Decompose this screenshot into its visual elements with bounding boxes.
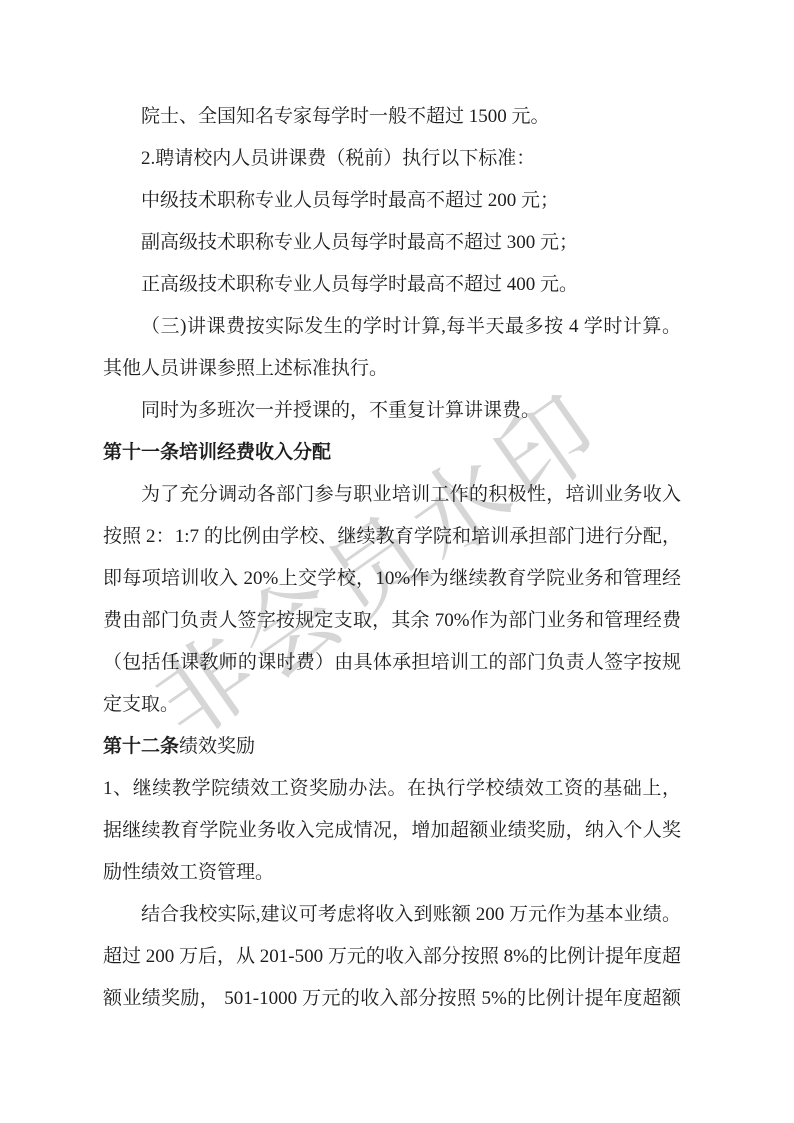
text-line: 按照 2：1:7 的比例由学校、继续教育学院和培训承担部门进行分配， <box>103 516 681 558</box>
text-line: 结合我校实际,建议可考虑将收入到账额 200 万元作为基本业绩。 <box>103 894 681 936</box>
text-line: 励性绩效工资管理。 <box>103 852 681 894</box>
text-line: 同时为多班次一并授课的，不重复计算讲课费。 <box>103 390 681 432</box>
text-line: 正高级技术职称专业人员每学时最高不超过 400 元。 <box>103 264 681 306</box>
document-body: 院士、全国知名专家每学时一般不超过 1500 元。2.聘请校内人员讲课费（税前）… <box>103 96 681 1020</box>
text-line: 为了充分调动各部门参与职业培训工作的积极性，培训业务收入 <box>103 474 681 516</box>
text-line: 费由部门负责人签字按规定支取，其余 70%作为部门业务和管理经费 <box>103 600 681 642</box>
heading-article-number: 第十二条 <box>103 736 179 757</box>
text-line: （三)讲课费按实际发生的学时计算,每半天最多按 4 学时计算。 <box>103 306 681 348</box>
text-line: 即每项培训收入 20%上交学校，10%作为继续教育学院业务和管理经 <box>103 558 681 600</box>
text-line: （包括任课教师的课时费）由具体承担培训工的部门负责人签字按规 <box>103 642 681 684</box>
text-line: 定支取。 <box>103 684 681 726</box>
text-line: 1、继续教学院绩效工资奖励办法。在执行学校绩效工资的基础上，根 <box>103 768 681 810</box>
text-line: 副高级技术职称专业人员每学时最高不超过 300 元； <box>103 222 681 264</box>
heading-line: 第十一条培训经费收入分配 <box>103 432 681 474</box>
text-line: 院士、全国知名专家每学时一般不超过 1500 元。 <box>103 96 681 138</box>
text-line: 超过 200 万后，从 201-500 万元的收入部分按照 8%的比例计提年度超 <box>103 936 681 978</box>
text-line: 据继续教育学院业务收入完成情况，增加超额业绩奖励，纳入个人奖 <box>103 810 681 852</box>
text-line: 其他人员讲课参照上述标准执行。 <box>103 348 681 390</box>
text-line: 中级技术职称专业人员每学时最高不超过 200 元； <box>103 180 681 222</box>
text-line: 额业绩奖励， 501-1000 万元的收入部分按照 5%的比例计提年度超额 <box>103 978 681 1020</box>
document-page: 非会员水印 院士、全国知名专家每学时一般不超过 1500 元。2.聘请校内人员讲… <box>0 0 794 1123</box>
heading-line: 第十二条绩效奖励 <box>103 726 681 768</box>
text-line: 2.聘请校内人员讲课费（税前）执行以下标准： <box>103 138 681 180</box>
heading-title-text: 绩效奖励 <box>179 736 255 757</box>
